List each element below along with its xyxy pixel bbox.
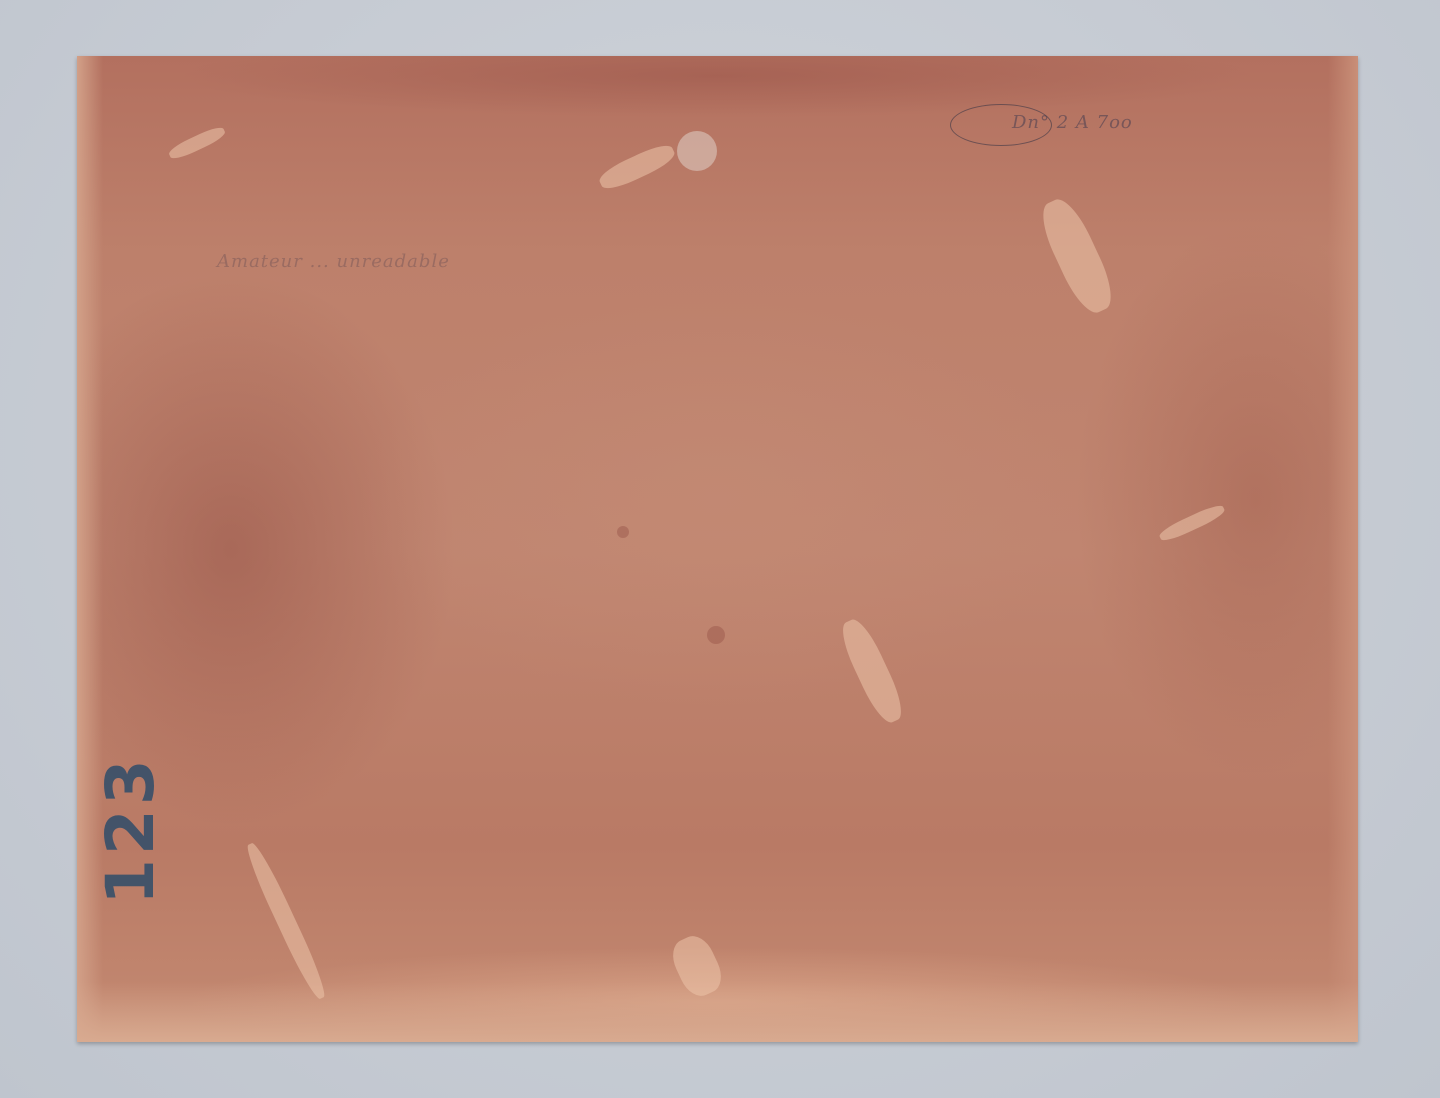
- board-edge-bottom: [77, 982, 1358, 1042]
- board-edge-right: [1328, 56, 1358, 1042]
- scuff-mark: [1034, 193, 1121, 319]
- scuff-mark: [167, 124, 227, 162]
- scuff-mark: [596, 140, 678, 194]
- scuff-mark: [835, 615, 909, 727]
- board-back: Dn° 2 A 7oo Amateur ... unreadable: [77, 56, 1358, 1042]
- scuff-mark: [1157, 502, 1226, 544]
- pencil-inscription-top-right: Dn° 2 A 7oo: [1012, 112, 1133, 133]
- blue-inventory-number: 123: [92, 755, 169, 905]
- light-stain: [677, 131, 717, 171]
- pencil-inscription-faint: Amateur ... unreadable: [217, 251, 450, 272]
- dark-spot: [617, 526, 629, 538]
- dark-spot: [707, 626, 725, 644]
- scuff-mark: [242, 840, 330, 1002]
